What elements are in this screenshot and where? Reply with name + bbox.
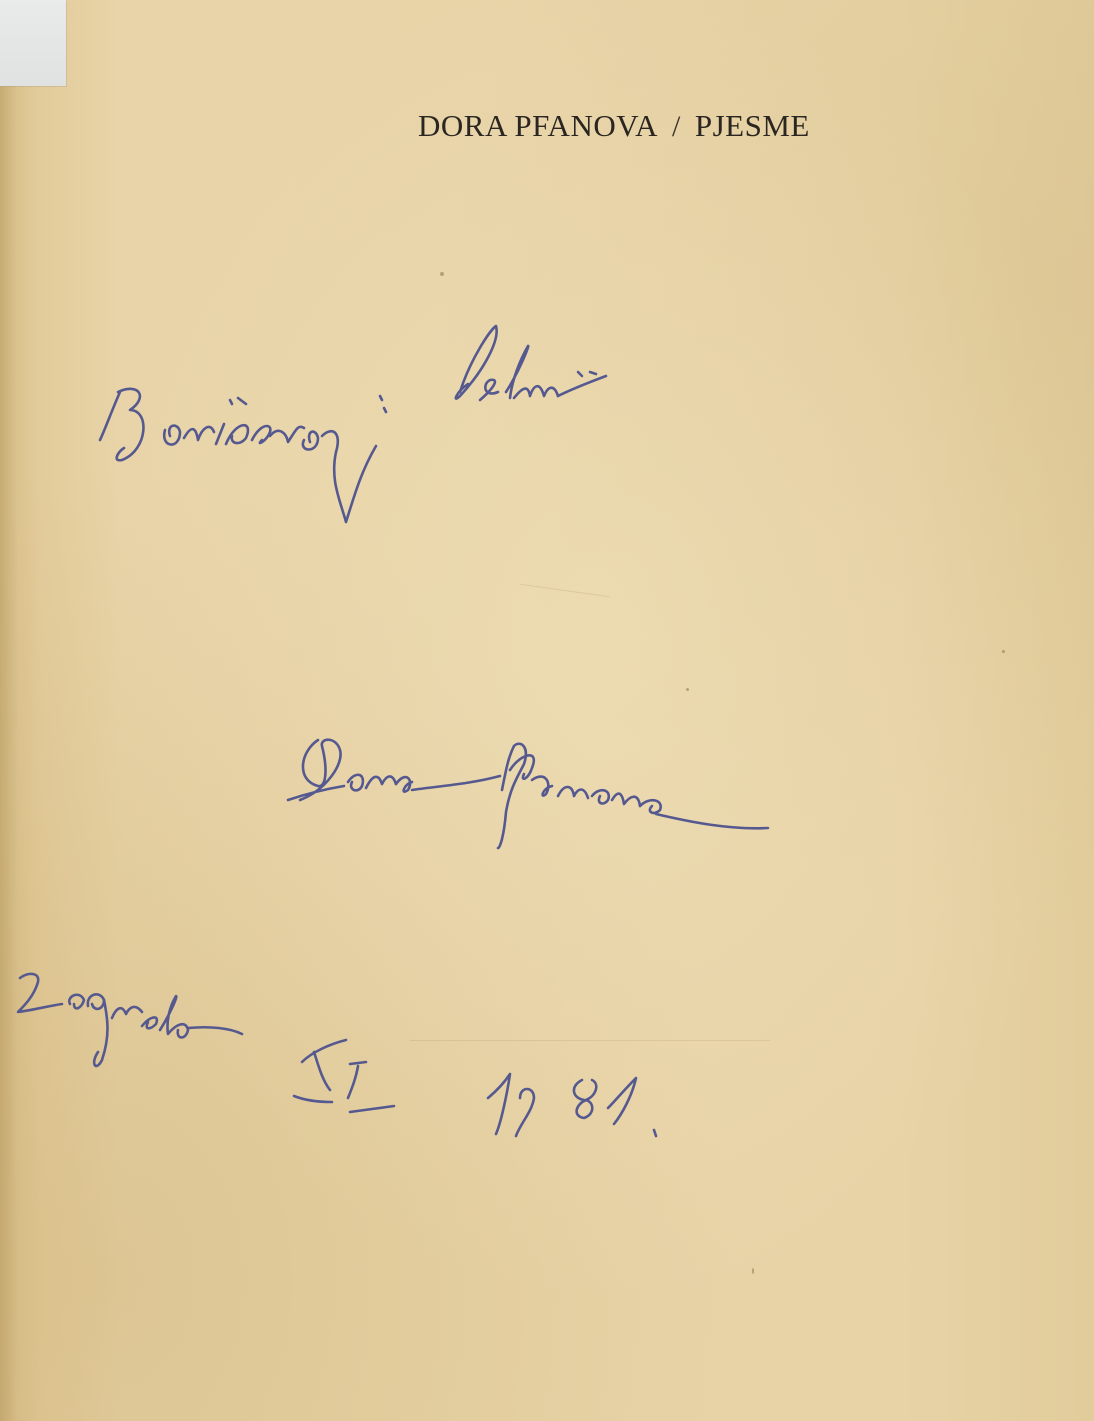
paper-speck (752, 1268, 754, 1274)
paper-crease (410, 1040, 770, 1041)
book-title: PJESME (695, 108, 810, 144)
page-left-edge-shadow (0, 86, 18, 1421)
paper-speck (1002, 650, 1005, 653)
author-name: DORA PFANOVA (418, 108, 658, 144)
paper-speck (686, 688, 689, 691)
paper-speck (440, 272, 444, 276)
scanned-page: DORA PFANOVA / PJESME (0, 0, 1094, 1421)
handwritten-inscription (0, 0, 1094, 1421)
printed-header: DORA PFANOVA / PJESME (418, 108, 810, 144)
header-separator: / (672, 110, 681, 144)
dedication-strokes (100, 326, 606, 522)
paper-crease (520, 584, 609, 598)
place-date-strokes (18, 974, 656, 1136)
scanner-corner-patch (0, 0, 66, 86)
signature-strokes (288, 740, 768, 848)
